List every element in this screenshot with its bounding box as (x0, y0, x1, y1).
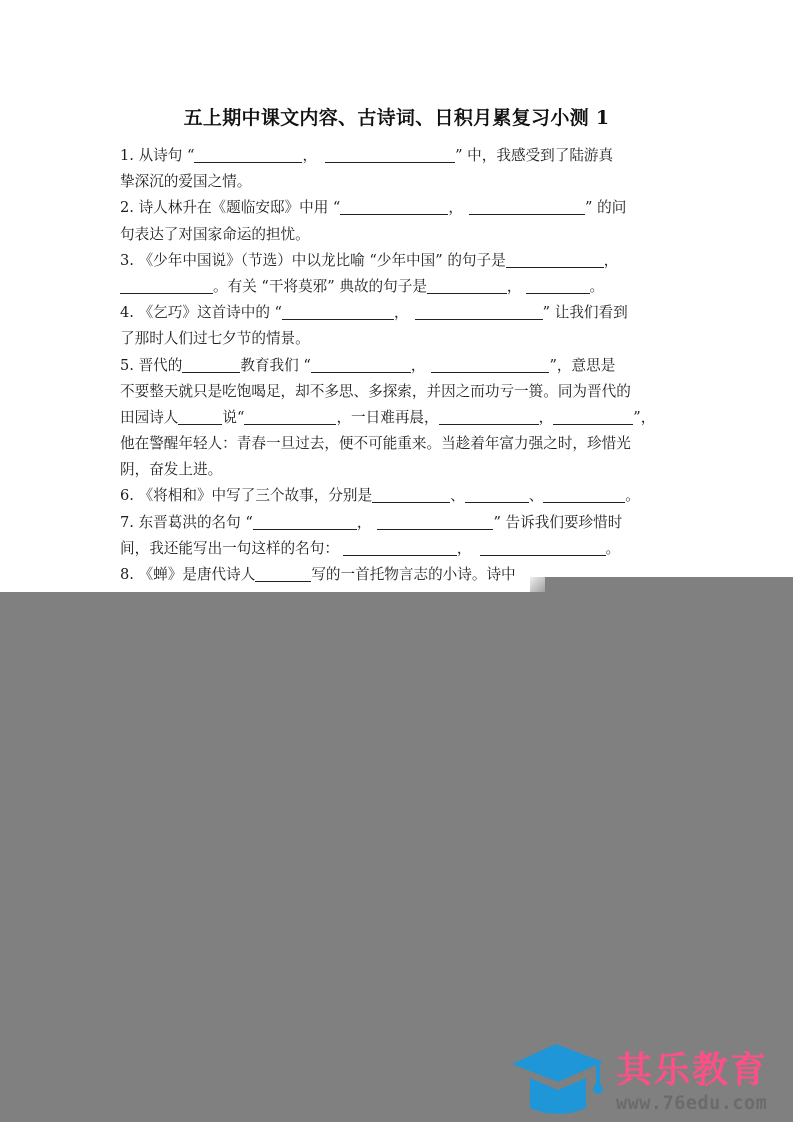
question-text: 。 (625, 487, 640, 504)
answer-blank[interactable] (415, 304, 543, 320)
question-text: ” 中，我感受到了陆游真 (455, 147, 613, 164)
question-text: ” 的问 (585, 199, 626, 216)
question-text: ” 告诉我们要珍惜时 (493, 514, 622, 531)
quiz-body: 1. 从诗句 “，” 中，我感受到了陆游真 挚深沉的爱国之情。 2. 诗人林升在… (120, 143, 676, 588)
question-text: 、 (450, 487, 465, 504)
question-text: 6. 《将相和》中写了三个故事，分别是 (120, 487, 372, 504)
document-page: 五上期中课文内容、古诗词、日积月累复习小测 1 1. 从诗句 “，” 中，我感受… (0, 0, 793, 1122)
question-4-line-1: 4. 《乞巧》这首诗中的 “，” 让我们看到 (120, 300, 676, 326)
question-1-line-1: 1. 从诗句 “，” 中，我感受到了陆游真 (120, 143, 676, 169)
question-text: 4. 《乞巧》这首诗中的 “ (120, 304, 282, 321)
answer-blank[interactable] (282, 304, 394, 320)
answer-blank[interactable] (325, 147, 455, 163)
answer-blank[interactable] (182, 357, 240, 373)
question-text: ” 让我们看到 (543, 304, 628, 321)
answer-blank[interactable] (372, 487, 450, 503)
answer-blank[interactable] (343, 540, 457, 556)
answer-blank[interactable] (178, 409, 222, 425)
question-4-line-2: 了那时人们过七夕节的情景。 (120, 326, 676, 352)
answer-blank[interactable] (465, 487, 529, 503)
question-text: 。有关 “干将莫邪” 典故的句子是 (213, 278, 427, 295)
question-7-line-1: 7. 东晋葛洪的名句 “，” 告诉我们要珍惜时 (120, 510, 676, 536)
question-text: ， (604, 252, 619, 269)
question-text: 、 (529, 487, 544, 504)
answer-blank[interactable] (311, 357, 411, 373)
question-5-line-3: 田园诗人说“，一日难再晨，，”， (120, 405, 676, 431)
question-2-line-2: 句表达了对国家命运的担忧。 (120, 222, 676, 248)
question-text: 8. 《蝉》是唐代诗人 (120, 566, 255, 583)
question-text: 3. 《少年中国说》（节选）中以龙比喻 “少年中国” 的句子是 (120, 252, 506, 269)
answer-blank[interactable] (253, 514, 357, 530)
question-3-line-1: 3. 《少年中国说》（节选）中以龙比喻 “少年中国” 的句子是， (120, 248, 676, 274)
gray-overlay-notch (545, 577, 793, 593)
answer-blank[interactable] (255, 566, 311, 582)
graduation-cap-icon (508, 1040, 608, 1118)
question-text: 田园诗人 (120, 409, 178, 426)
question-text: 。 (606, 540, 621, 557)
question-text: 阴，奋发上进。 (120, 461, 222, 478)
watermark-url: www.76edu.com (616, 1093, 767, 1114)
question-text: ， (411, 357, 426, 374)
question-5-line-4: 他在警醒年轻人：青春一旦过去，便不可能重来。当趁着年富力强之时，珍惜光 (120, 431, 676, 457)
watermark-brand-name: 其乐教育 (616, 1042, 768, 1093)
answer-blank[interactable] (340, 199, 448, 215)
question-text: 。 (590, 278, 605, 295)
answer-blank[interactable] (469, 199, 585, 215)
question-text: ， (448, 199, 463, 216)
question-5-line-5: 阴，奋发上进。 (120, 457, 676, 483)
answer-blank[interactable] (506, 252, 604, 268)
question-6-line-1: 6. 《将相和》中写了三个故事，分别是、、。 (120, 483, 676, 509)
question-text: ， (357, 514, 372, 531)
answer-blank[interactable] (553, 409, 633, 425)
question-text: 教育我们 “ (240, 357, 310, 374)
question-text: 5. 晋代的 (120, 357, 182, 374)
question-text: ， (302, 147, 317, 164)
question-text: ”，意思是 (549, 357, 615, 374)
question-text: ， (539, 409, 554, 426)
watermark-logo: 其乐教育 www.76edu.com (508, 1040, 793, 1120)
answer-blank[interactable] (120, 278, 213, 294)
page-title: 五上期中课文内容、古诗词、日积月累复习小测 1 (0, 103, 793, 130)
question-5-line-2: 不要整天就只是吃饱喝足，却不多思、多探索，并因之而功亏一篑。同为晋代的 (120, 379, 676, 405)
answer-blank[interactable] (377, 514, 493, 530)
question-text: ，一日难再晨， (336, 409, 438, 426)
answer-blank[interactable] (431, 357, 549, 373)
question-5-line-1: 5. 晋代的教育我们 “，”，意思是 (120, 353, 676, 379)
answer-blank[interactable] (244, 409, 336, 425)
question-text: 他在警醒年轻人：青春一旦过去，便不可能重来。当趁着年富力强之时，珍惜光 (120, 435, 631, 452)
answer-blank[interactable] (543, 487, 625, 503)
question-1-line-2: 挚深沉的爱国之情。 (120, 169, 676, 195)
answer-blank[interactable] (526, 278, 590, 294)
question-text: 写的一首托物言志的小诗。诗中 (311, 566, 515, 583)
question-text: 句表达了对国家命运的担忧。 (120, 226, 310, 243)
question-3-line-2: 。有关 “干将莫邪” 典故的句子是，。 (120, 274, 676, 300)
question-7-line-2: 间，我还能写出一句这样的名句：，。 (120, 536, 676, 562)
question-text: 1. 从诗句 “ (120, 147, 194, 164)
answer-blank[interactable] (194, 147, 302, 163)
question-text: 7. 东晋葛洪的名句 “ (120, 514, 253, 531)
question-text: 不要整天就只是吃饱喝足，却不多思、多探索，并因之而功亏一篑。同为晋代的 (120, 383, 631, 400)
question-text: 说“ (222, 409, 244, 426)
overlay-edge (530, 577, 546, 593)
question-text: 了那时人们过七夕节的情景。 (120, 330, 310, 347)
answer-blank[interactable] (439, 409, 539, 425)
question-text: ， (507, 278, 522, 295)
answer-blank[interactable] (480, 540, 606, 556)
question-text: 2. 诗人林升在《题临安邸》中用 “ (120, 199, 340, 216)
question-text: ， (394, 304, 409, 321)
question-text: ”， (633, 409, 655, 426)
question-2-line-1: 2. 诗人林升在《题临安邸》中用 “，” 的问 (120, 195, 676, 221)
question-text: 间，我还能写出一句这样的名句： (120, 540, 339, 557)
answer-blank[interactable] (427, 278, 507, 294)
question-text: 挚深沉的爱国之情。 (120, 173, 251, 190)
question-text: ， (457, 540, 472, 557)
